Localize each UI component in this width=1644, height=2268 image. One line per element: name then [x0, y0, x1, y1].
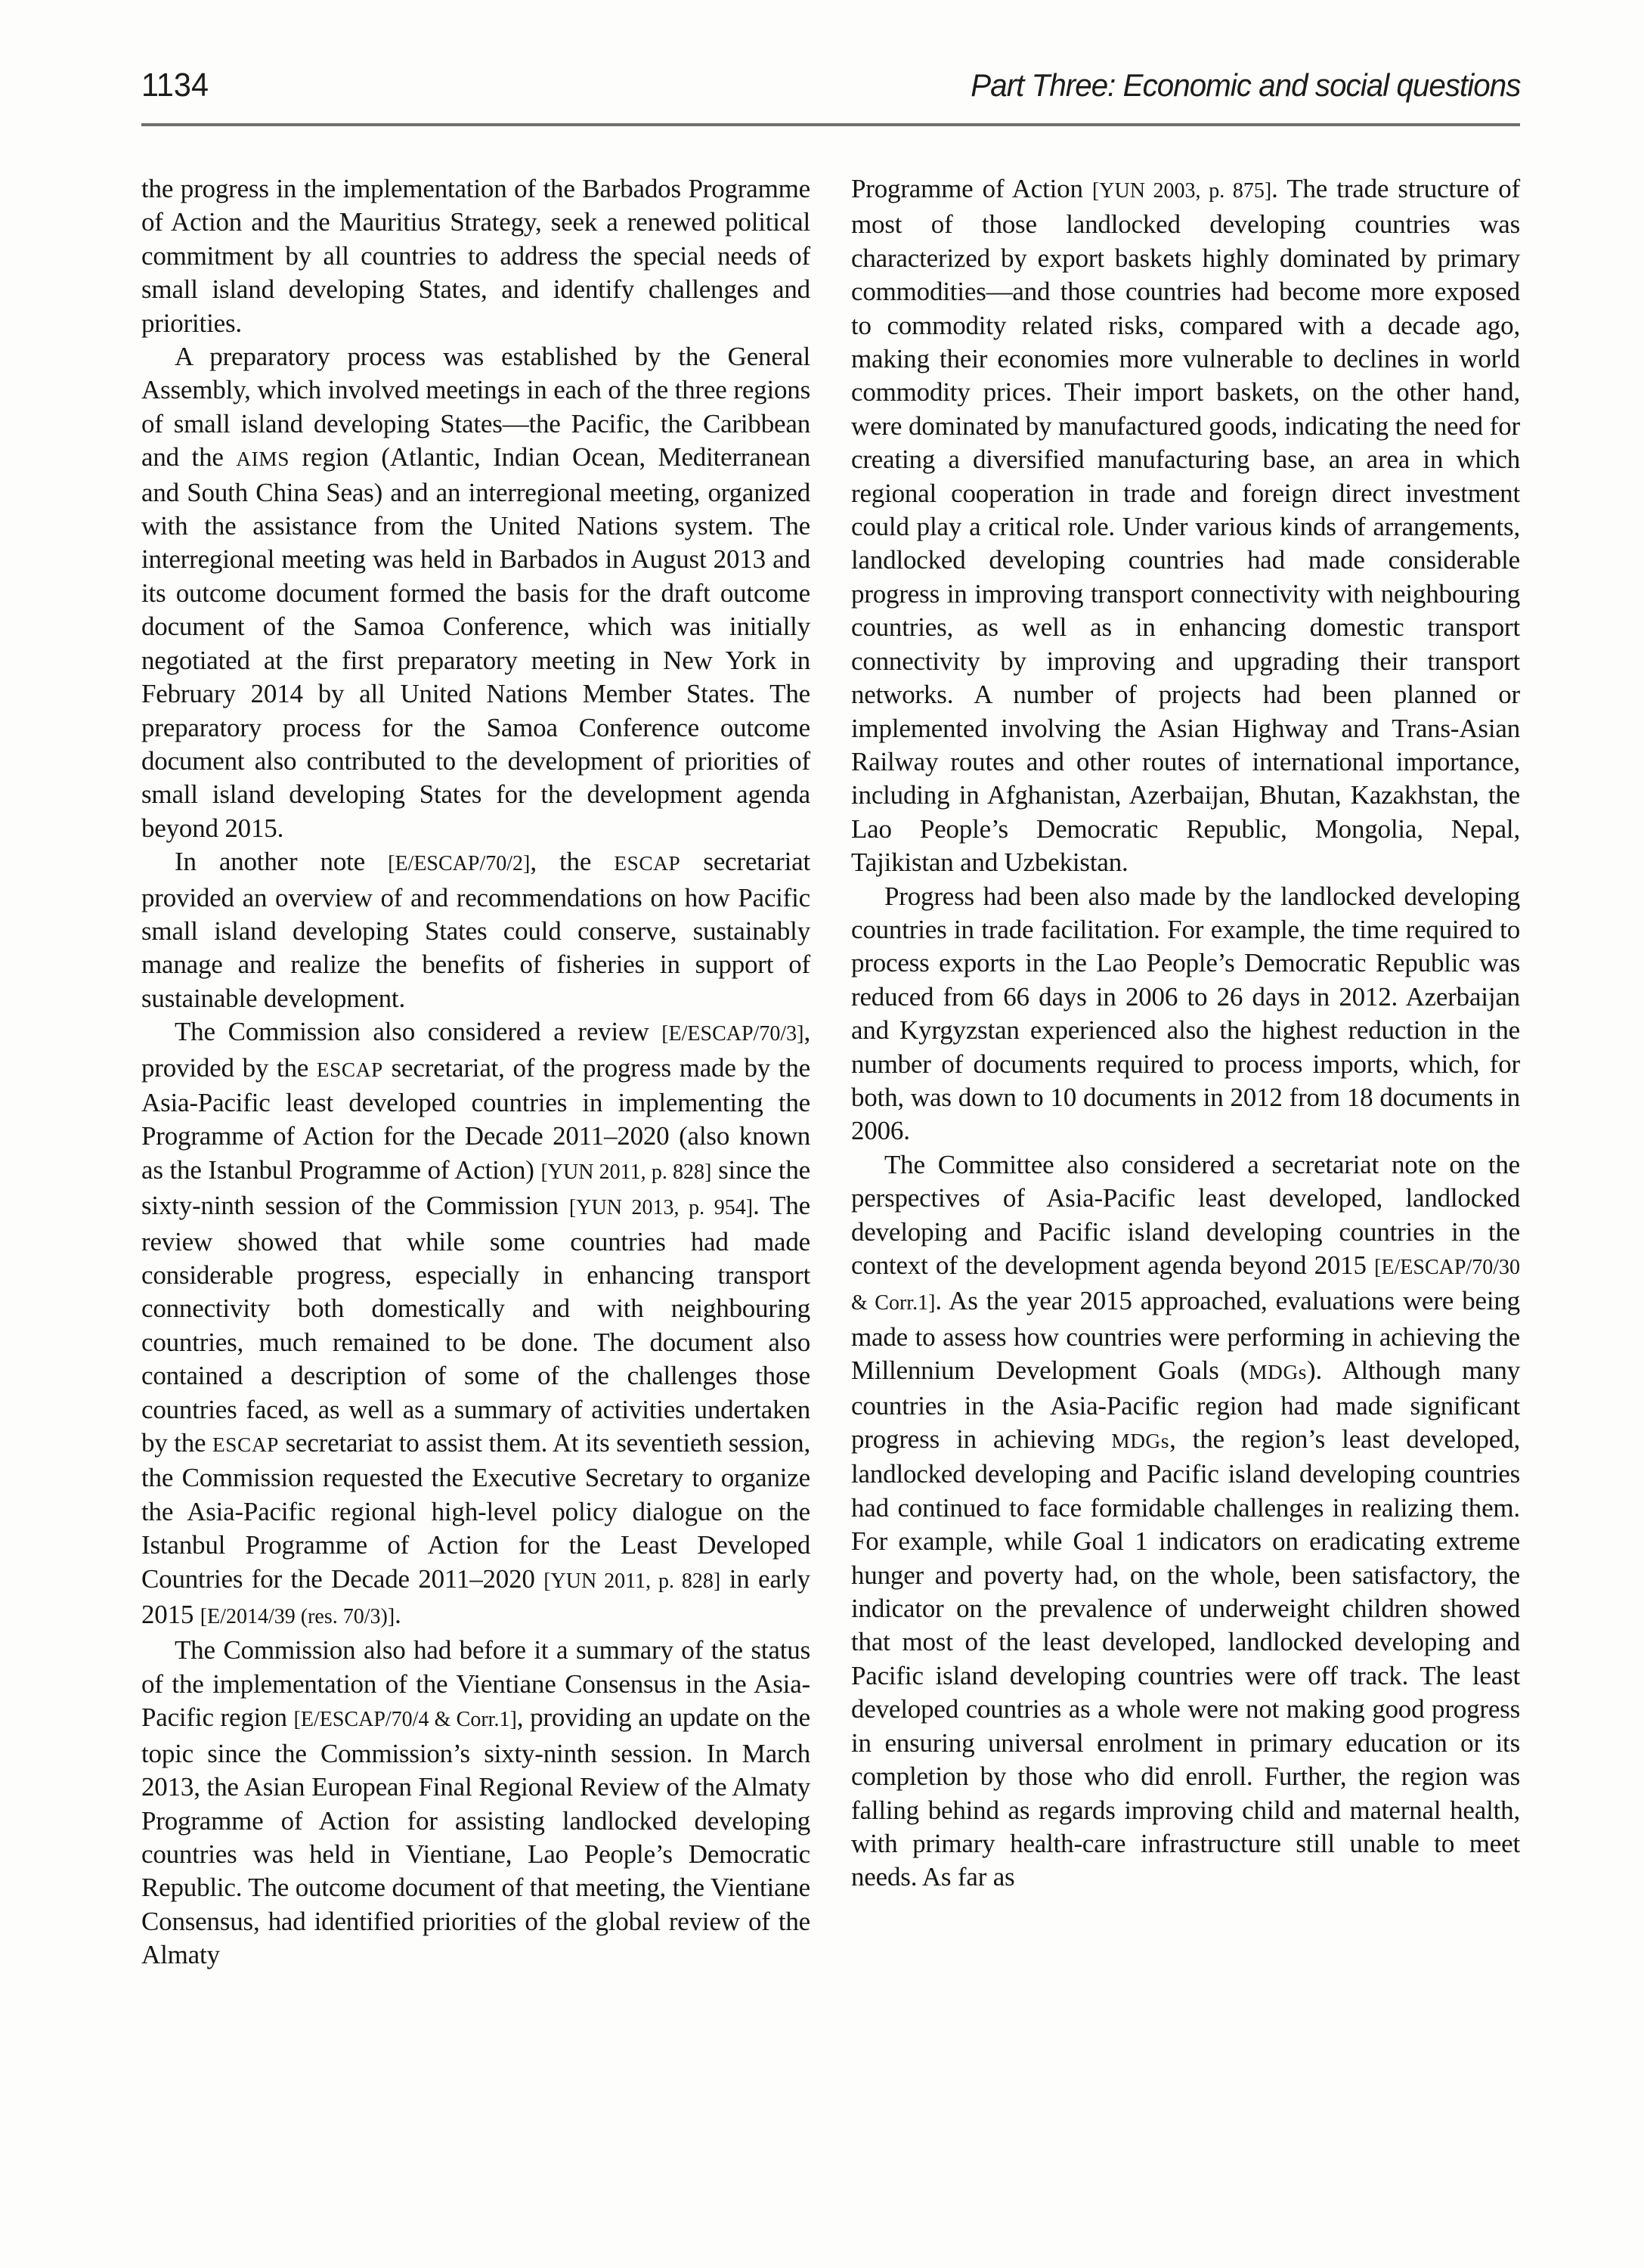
- document-page: 1134 Part Three: Economic and social que…: [0, 0, 1644, 2268]
- paragraph-left-1: the progress in the implementation of th…: [141, 172, 810, 340]
- paragraph-right-1: Programme of Action [YUN 2003, p. 875]. …: [851, 172, 1520, 880]
- right-column: Programme of Action [YUN 2003, p. 875]. …: [851, 172, 1520, 1972]
- paragraph-left-5: The Commission also had before it a summ…: [141, 1634, 810, 1972]
- text-columns: the progress in the implementation of th…: [141, 172, 1520, 1972]
- paragraph-left-3: In another note [E/ESCAP/70/2], the ESCA…: [141, 845, 810, 1015]
- page-number: 1134: [141, 67, 209, 104]
- page-header: 1134 Part Three: Economic and social que…: [141, 67, 1520, 104]
- left-column: the progress in the implementation of th…: [141, 172, 810, 1972]
- running-title: Part Three: Economic and social question…: [971, 67, 1520, 104]
- paragraph-left-4: The Commission also considered a review …: [141, 1015, 810, 1634]
- paragraph-left-2: A preparatory process was established by…: [141, 340, 810, 845]
- header-rule: [141, 123, 1520, 126]
- paragraph-right-3: The Committee also considered a secretar…: [851, 1148, 1520, 1895]
- paragraph-right-2: Progress had been also made by the landl…: [851, 880, 1520, 1148]
